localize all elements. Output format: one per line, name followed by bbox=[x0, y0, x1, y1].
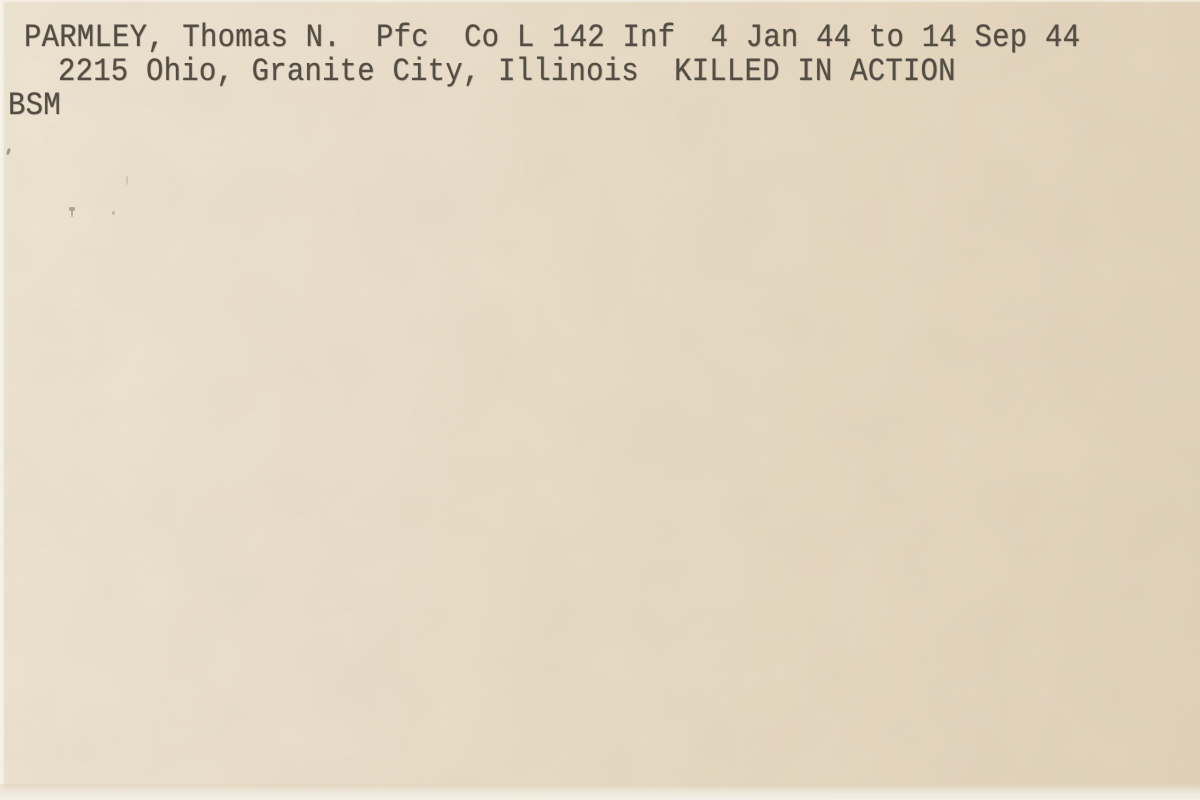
card-bottom-edge bbox=[0, 784, 1200, 800]
typed-line-name-rank-unit-dates: PARMLEY, Thomas N. Pfc Co L 142 Inf 4 Ja… bbox=[24, 19, 1080, 56]
index-card-scan: PARMLEY, Thomas N. Pfc Co L 142 Inf 4 Ja… bbox=[0, 0, 1200, 800]
typed-line-award: BSM bbox=[8, 87, 61, 124]
paper-speck bbox=[6, 148, 11, 156]
paper-speck bbox=[112, 211, 115, 215]
typed-line-address-status: 2215 Ohio, Granite City, Illinois KILLED… bbox=[58, 53, 956, 90]
paper-grain-texture bbox=[0, 0, 1200, 800]
paper-speck bbox=[69, 207, 75, 211]
paper-speck bbox=[71, 210, 73, 217]
paper-speck bbox=[126, 176, 128, 185]
scan-edge-left bbox=[0, 0, 5, 800]
scan-edge-top bbox=[0, 0, 1200, 3]
